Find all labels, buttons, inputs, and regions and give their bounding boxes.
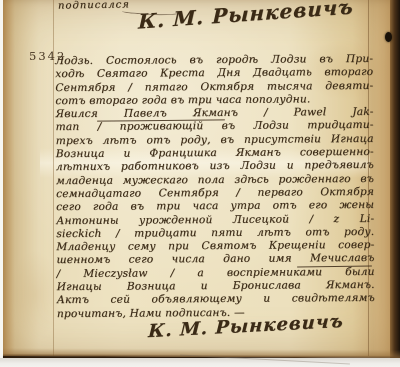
record-line: Сентября / пятаго Октября тысяча девяти- — [55, 79, 373, 95]
record-text-block: Лодзь. Состоялось въ городѣ Лодзи въ При… — [55, 53, 375, 321]
previous-record-last-word: подписался — [58, 0, 130, 12]
binding-gutter-shadow — [390, 0, 400, 360]
record-line: Актъ сей объявляющему и свидѣтелямъ — [57, 292, 375, 308]
ink-blot — [385, 32, 392, 42]
document-scan: подписался К. М. Рынкевичъ 5342 Лодзь. С… — [0, 0, 400, 367]
